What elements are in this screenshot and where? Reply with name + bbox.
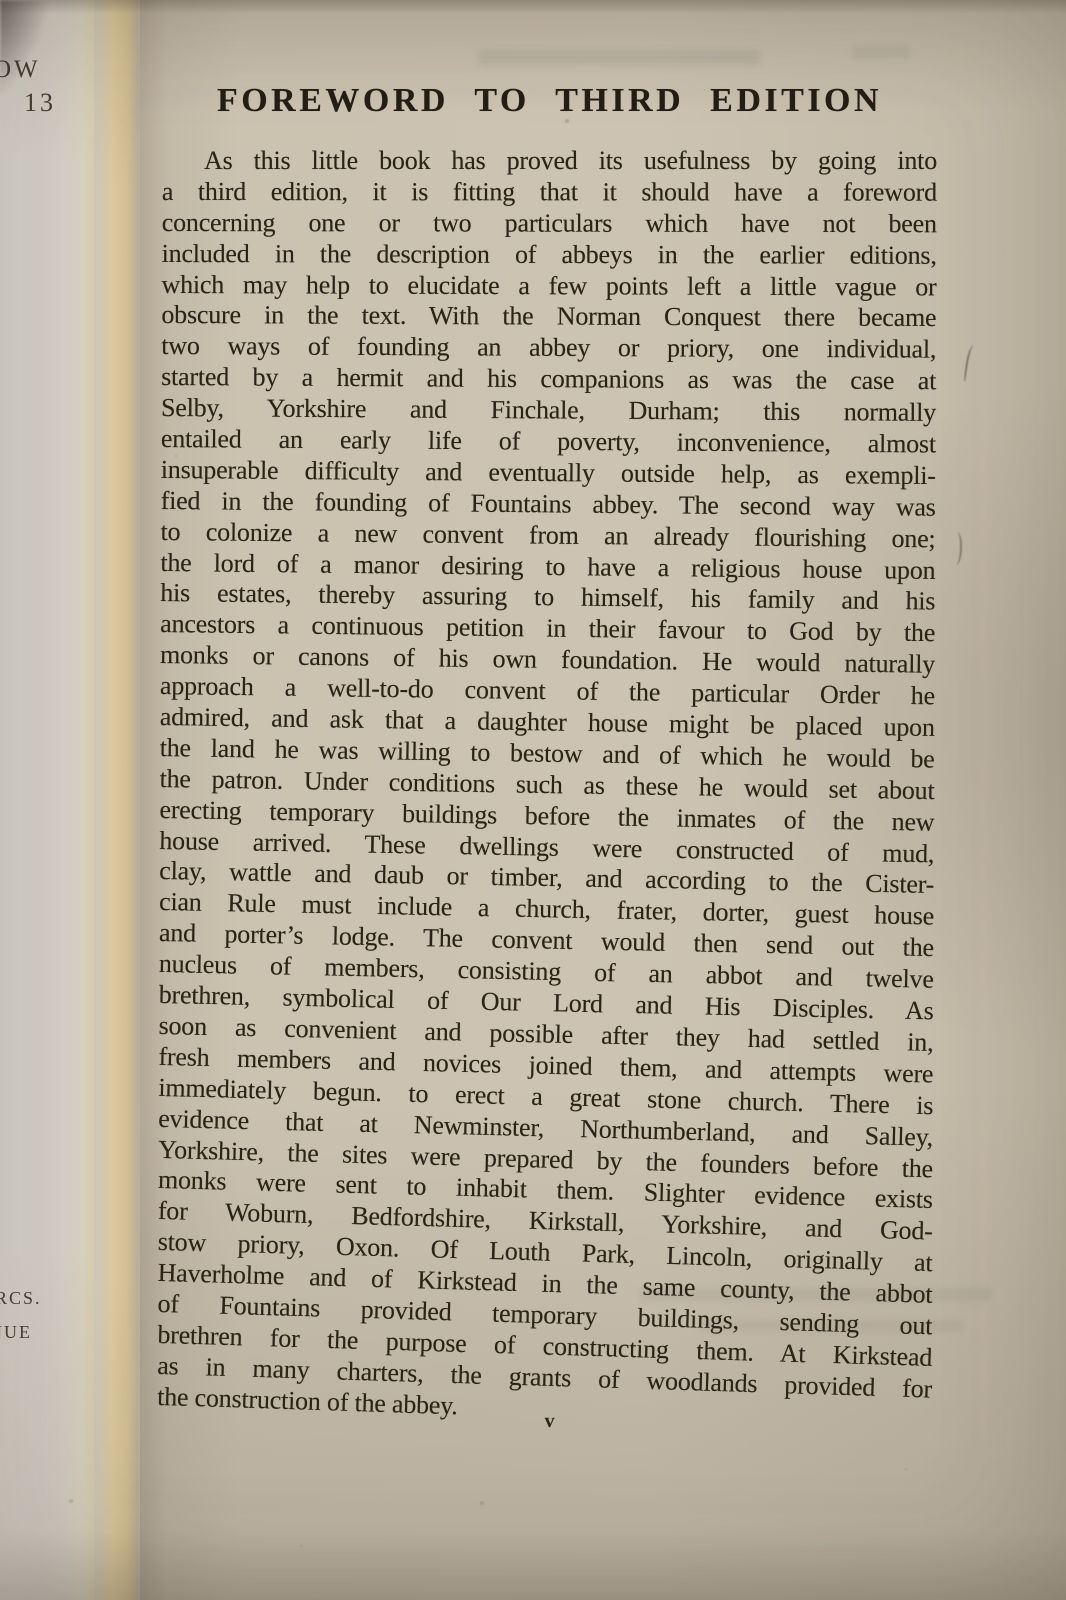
text-line: started by a hermit and his companions a… xyxy=(161,362,936,397)
adjacent-page-text-fragment: RCS. xyxy=(0,1288,42,1309)
show-through-smudge xyxy=(852,46,910,59)
text-line: two ways of founding an abbey or priory,… xyxy=(161,331,936,366)
text-line: a third edition, it is fitting that it s… xyxy=(162,177,937,208)
text-line: concerning one or two particulars which … xyxy=(162,208,937,240)
page-title: FOREWORD TO THIRD EDITION xyxy=(162,82,937,120)
show-through-smudge xyxy=(478,50,760,65)
adjacent-page-text-fragment: NUE xyxy=(0,1322,32,1343)
text-line: which may help to elucidate a few points… xyxy=(161,270,936,303)
text-line: included in the description of abbeys in… xyxy=(162,239,937,272)
page-gutter xyxy=(94,0,140,1600)
body-text: As this little book has proved its usefu… xyxy=(162,146,937,1413)
text-line: obscure in the text. With the Norman Con… xyxy=(161,300,936,334)
book-page-photo: OW 13 RCS. NUE FOREWORD TO THIRD EDITION… xyxy=(0,0,1066,1600)
facing-page-edge: OW 13 RCS. NUE xyxy=(0,0,94,1600)
photo-dark-corner xyxy=(0,0,60,220)
text-line: Selby, Yorkshire and Finchale, Durham; t… xyxy=(161,393,936,429)
text-line: As this little book has proved its usefu… xyxy=(162,146,937,177)
